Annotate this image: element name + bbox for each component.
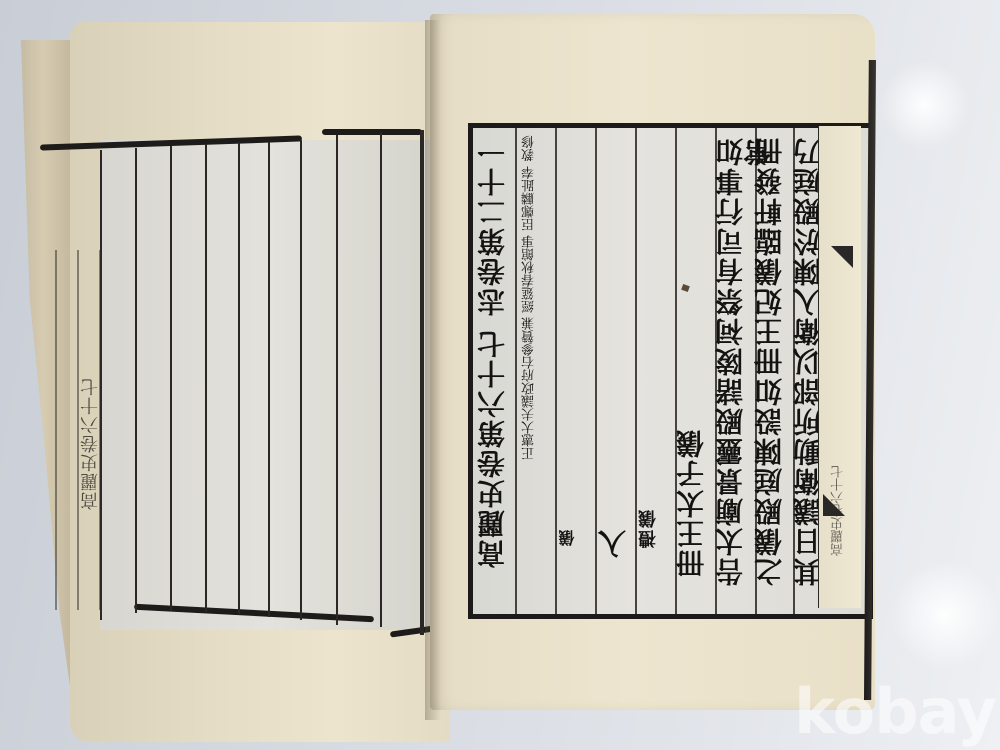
left-rule — [420, 130, 424, 635]
left-rule — [238, 142, 240, 614]
text-column-5: 禮儀 — [640, 508, 672, 588]
light-glare — [890, 560, 1000, 670]
text-column-6: 入 — [600, 528, 632, 588]
center-fold-strip: 高麗史卷六十七 — [818, 126, 861, 608]
fishtail-mark-icon — [831, 246, 853, 268]
center-strip-title: 高麗史卷六十七 — [829, 356, 851, 556]
watermark-logo: kobay — [794, 675, 996, 748]
left-rule — [336, 135, 338, 625]
text-column-author: 正憲大夫議政府右參贊兼 經筵春秋館事 臣鄭麟趾奉 教修 — [523, 136, 553, 604]
text-column-title: 高麗史卷第六十七 志卷第二十一 — [479, 136, 513, 604]
text-column-3: 告太廟景靈殿諸陵祠祭有司行事如常 — [717, 136, 753, 604]
left-rule — [300, 140, 302, 620]
left-rule — [268, 142, 270, 617]
text-column-4: 冊王太子儀 — [678, 428, 712, 598]
left-rule — [205, 144, 207, 612]
left-page-grid — [100, 140, 440, 630]
book-gutter — [425, 20, 441, 720]
light-glare — [880, 60, 970, 150]
text-column-2: 之儀殿庭陳設如冊王妃儀臨軒發冊 — [756, 136, 792, 604]
left-rule — [380, 132, 382, 627]
text-frame: 高麗史卷第六十七 志卷第二十一 正憲大夫議政府右參贊兼 經筵春秋館事 臣鄭麟趾奉… — [468, 123, 873, 619]
left-rule — [100, 150, 102, 620]
left-rule — [135, 148, 137, 613]
left-rule — [170, 146, 172, 611]
text-column-7: 儀 — [560, 528, 592, 588]
book-photo: 高麗史卷六十七 高麗史卷第六十七 志卷第二十一 正憲大夫議政府右參贊兼 經筵春秋… — [0, 0, 1000, 750]
